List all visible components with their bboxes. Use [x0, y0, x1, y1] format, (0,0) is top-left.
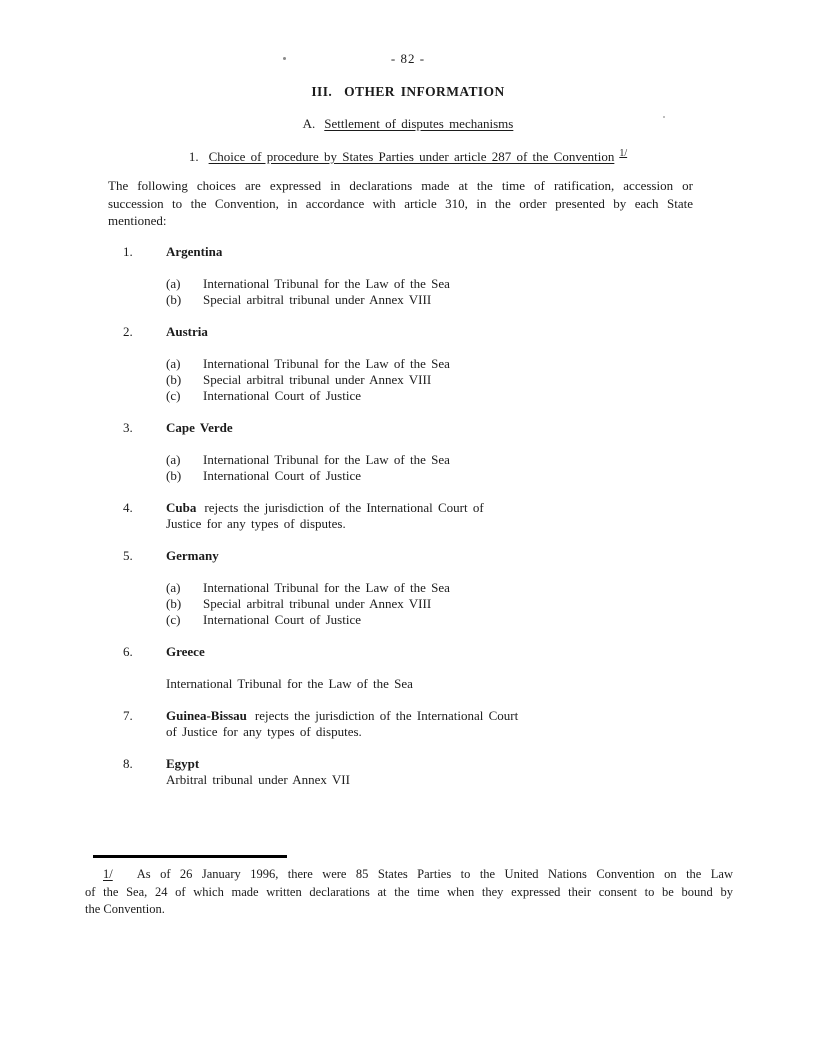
sub-item: (b) International Court of Justice	[166, 468, 709, 484]
country-name: Austria	[166, 324, 208, 340]
footnote-divider	[93, 855, 287, 858]
item-statement: Guinea-Bissaurejects the jurisdiction of…	[166, 708, 518, 740]
sub-item-text: International Court of Justice	[203, 468, 361, 484]
sub-item-label: (b)	[166, 468, 203, 484]
item-number: 7.	[123, 708, 166, 740]
sub-item-label: (a)	[166, 452, 203, 468]
procedure-title: Choice of procedure by States Parties un…	[209, 149, 615, 164]
sub-item-label: (b)	[166, 292, 203, 308]
statement-line: rejects the jurisdiction of the Internat…	[255, 708, 518, 723]
document-page: - 82 - III.OTHER INFORMATION A.Settlemen…	[0, 0, 816, 1056]
sub-item: (b) Special arbitral tribunal under Anne…	[166, 596, 709, 612]
section-numeral: III.	[311, 84, 332, 99]
list-item: 7. Guinea-Bissaurejects the jurisdiction…	[123, 708, 709, 740]
sub-item-text: International Tribunal for the Law of th…	[203, 356, 450, 372]
sub-item-text: International Tribunal for the Law of th…	[203, 452, 450, 468]
item-number: 8.	[123, 756, 166, 772]
footnote-reference: 1/	[619, 148, 627, 159]
footnote-line: 1/As of 26 January 1996, there were 85 S…	[85, 866, 733, 884]
sub-item: (c) International Court of Justice	[166, 612, 709, 628]
statement-line: of Justice for any types of disputes.	[166, 724, 518, 740]
states-list: 1. Argentina (a) International Tribunal …	[123, 244, 709, 804]
list-item: 2. Austria (a) International Tribunal fo…	[123, 324, 709, 404]
sub-item: (a) International Tribunal for the Law o…	[166, 452, 709, 468]
item-number: 5.	[123, 548, 166, 564]
footnote-text: As of 26 January 1996, there were 85 Sta…	[137, 867, 733, 881]
sub-item: (a) International Tribunal for the Law o…	[166, 276, 709, 292]
footnote: 1/As of 26 January 1996, there were 85 S…	[85, 866, 733, 919]
country-name: Cape Verde	[166, 420, 233, 436]
list-item: 5. Germany (a) International Tribunal fo…	[123, 548, 709, 628]
intro-line: succession to the Convention, in accorda…	[108, 195, 693, 213]
sub-item-label: (c)	[166, 612, 203, 628]
intro-line: The following choices are expressed in d…	[108, 177, 693, 195]
item-note: International Tribunal for the Law of th…	[166, 676, 709, 692]
country-name: Cuba	[166, 500, 196, 515]
item-number: 6.	[123, 644, 166, 660]
item-note: Arbitral tribunal under Annex VII	[166, 772, 709, 788]
subsection-title: Settlement of disputes mechanisms	[324, 116, 513, 131]
sub-item-text: Special arbitral tribunal under Annex VI…	[203, 372, 431, 388]
list-item: 3. Cape Verde (a) International Tribunal…	[123, 420, 709, 484]
item-number: 1.	[123, 244, 166, 260]
page-number: - 82 -	[0, 51, 816, 67]
country-name: Germany	[166, 548, 219, 564]
statement-line: rejects the jurisdiction of the Internat…	[204, 500, 483, 515]
subsection-heading: A.Settlement of disputes mechanisms	[0, 116, 816, 132]
sub-item-text: Special arbitral tribunal under Annex VI…	[203, 292, 431, 308]
section-heading: III.OTHER INFORMATION	[0, 84, 816, 100]
sub-item-text: International Tribunal for the Law of th…	[203, 276, 450, 292]
subsection-letter: A.	[303, 116, 316, 131]
sub-item-label: (b)	[166, 372, 203, 388]
sub-item: (c) International Court of Justice	[166, 388, 709, 404]
item-number: 4.	[123, 500, 166, 532]
sub-item-text: International Tribunal for the Law of th…	[203, 580, 450, 596]
sub-item: (a) International Tribunal for the Law o…	[166, 580, 709, 596]
item-statement: Cubarejects the jurisdiction of the Inte…	[166, 500, 484, 532]
statement-line: Justice for any types of disputes.	[166, 516, 484, 532]
intro-line: mentioned:	[108, 212, 693, 230]
section-title: OTHER INFORMATION	[344, 84, 504, 99]
sub-item-label: (a)	[166, 356, 203, 372]
sub-item-text: Special arbitral tribunal under Annex VI…	[203, 596, 431, 612]
sub-item-label: (a)	[166, 276, 203, 292]
list-item: 1. Argentina (a) International Tribunal …	[123, 244, 709, 308]
item-number: 3.	[123, 420, 166, 436]
footnote-line: of the Sea, 24 of which made written dec…	[85, 884, 733, 902]
sub-item-label: (c)	[166, 388, 203, 404]
country-name: Guinea-Bissau	[166, 708, 247, 723]
procedure-heading: 1.Choice of procedure by States Parties …	[0, 148, 816, 165]
country-name: Egypt	[166, 756, 199, 772]
footnote-line: the Convention.	[85, 901, 733, 919]
intro-paragraph: The following choices are expressed in d…	[108, 177, 693, 230]
sub-item-text: International Court of Justice	[203, 388, 361, 404]
country-name: Argentina	[166, 244, 222, 260]
sub-item: (b) Special arbitral tribunal under Anne…	[166, 372, 709, 388]
sub-item-label: (a)	[166, 580, 203, 596]
country-name: Greece	[166, 644, 205, 660]
footnote-marker: 1/	[103, 867, 113, 881]
list-item: 6. Greece International Tribunal for the…	[123, 644, 709, 692]
item-number: 2.	[123, 324, 166, 340]
sub-item-text: International Court of Justice	[203, 612, 361, 628]
sub-item: (a) International Tribunal for the Law o…	[166, 356, 709, 372]
list-item: 8. Egypt Arbitral tribunal under Annex V…	[123, 756, 709, 788]
sub-item: (b) Special arbitral tribunal under Anne…	[166, 292, 709, 308]
list-item: 4. Cubarejects the jurisdiction of the I…	[123, 500, 709, 532]
sub-item-label: (b)	[166, 596, 203, 612]
procedure-number: 1.	[189, 149, 199, 164]
